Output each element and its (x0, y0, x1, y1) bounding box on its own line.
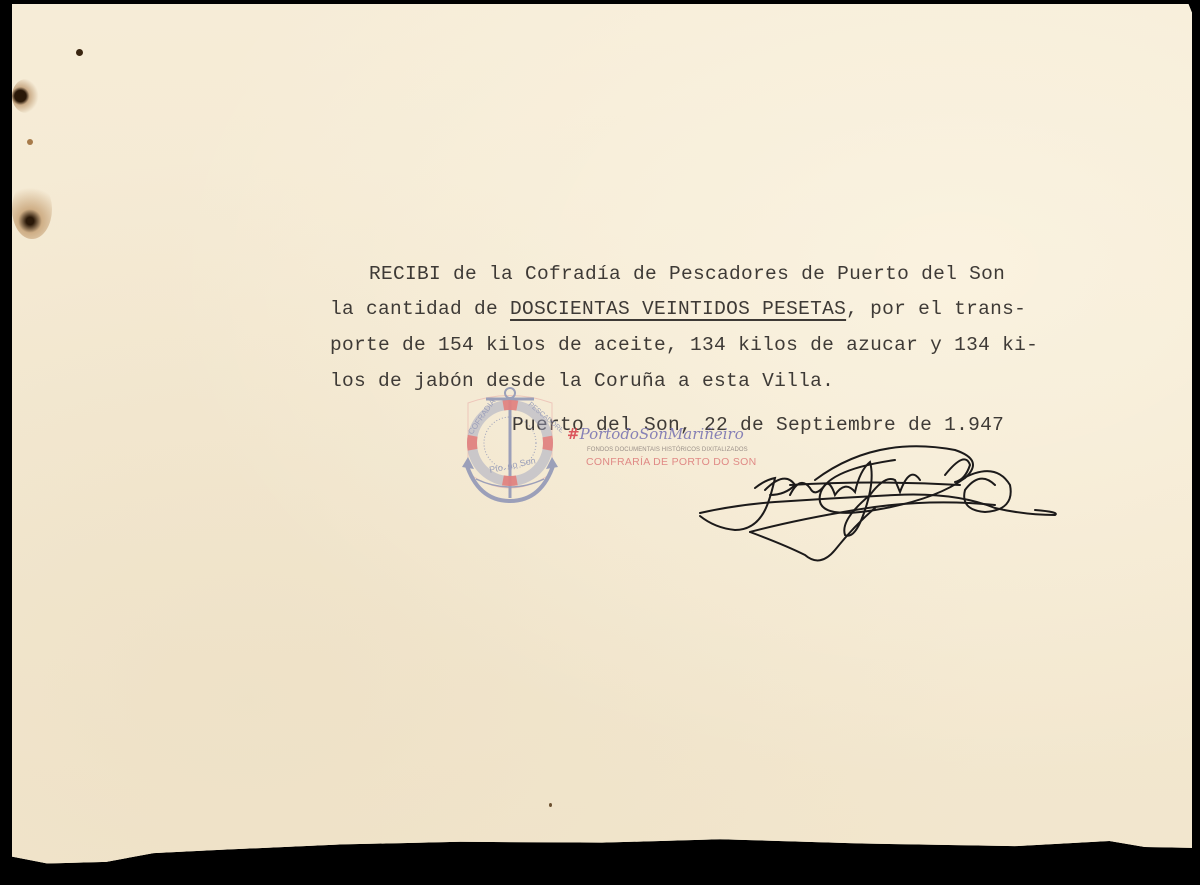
amount-in-words: DOSCIENTAS VEINTIDOS PESETAS (510, 298, 846, 320)
ink-stain (27, 139, 33, 145)
receipt-line-3: porte de 154 kilos de aceite, 134 kilos … (330, 334, 1038, 356)
rust-stain (12, 79, 40, 113)
amount-suffix: , por el trans- (846, 298, 1026, 320)
receipt-line-1: RECIBI de la Cofradía de Pescadores de P… (369, 263, 1005, 285)
handwritten-signature (695, 440, 1065, 575)
svg-text:COFRADIA: COFRADIA (466, 397, 497, 437)
receipt-line-2: la cantidad de DOSCIENTAS VEINTIDOS PESE… (330, 298, 1026, 320)
receipt-line-4: los de jabón desde la Coruña a esta Vill… (330, 370, 834, 392)
amount-prefix: la cantidad de (330, 298, 510, 320)
hash-symbol: # (567, 425, 580, 443)
ink-stain (549, 803, 552, 807)
anchor-lifebuoy-logo-icon: COFRADIA PESCADORES Pto. do Son (458, 383, 562, 509)
ink-stain (76, 49, 83, 56)
rust-stain (12, 179, 52, 239)
